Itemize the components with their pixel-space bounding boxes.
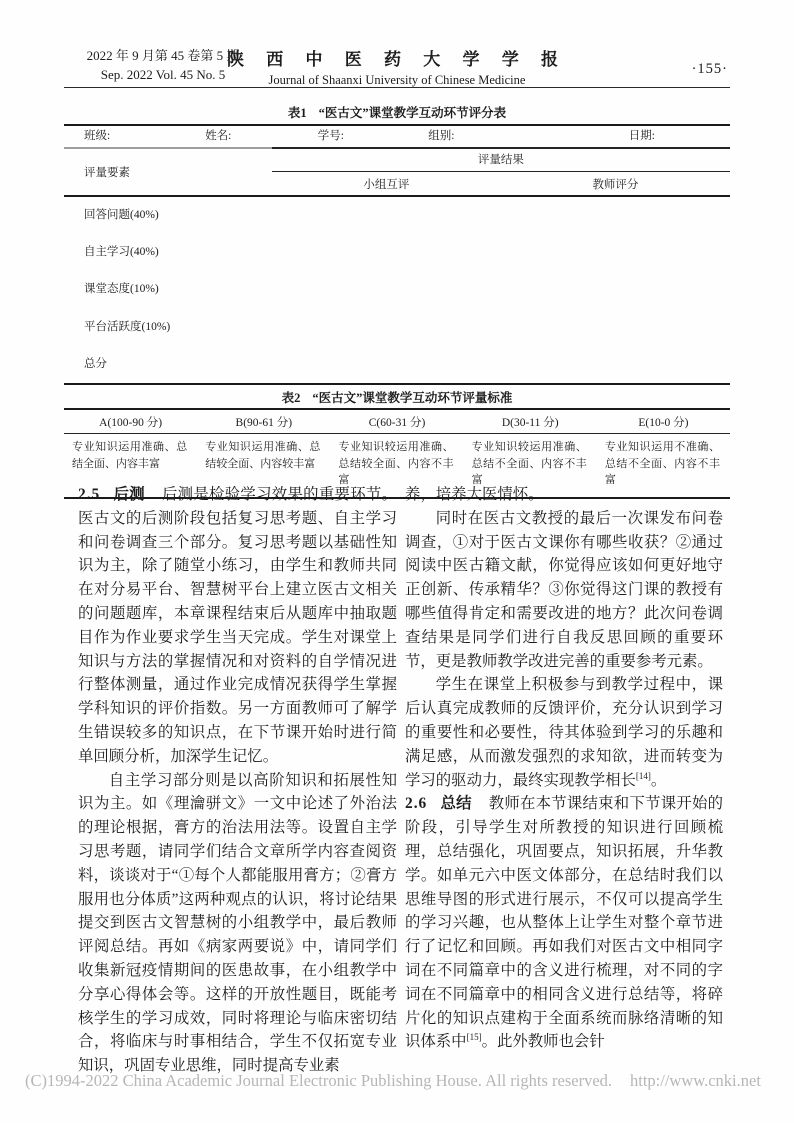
col-header-factor: 评量要素 <box>64 149 272 195</box>
section-title: 总结 <box>440 795 472 812</box>
table1-caption: 表1“医古文”课堂教学互动环节评分表 <box>0 103 794 121</box>
text-column-right: 养，培养大医情怀。 同时在医古文教授的最后一次课发布问卷调查，①对于医古文课你有… <box>405 483 723 1054</box>
paragraph: 自主学习部分则是以高阶知识和拓展性知识为主。如《理瀹骈文》一文中论述了外治法的理… <box>78 769 397 1078</box>
citation-ref-14: [14] <box>636 770 651 780</box>
paragraph-text: 。此外教师也会针 <box>482 1033 605 1050</box>
table2-caption-label: 表2 <box>282 391 301 405</box>
field-date: 日期: <box>629 126 655 147</box>
col-header-peer-score: 小组互评 <box>272 172 501 195</box>
grade-d-header: D(30-11 分) <box>464 414 597 430</box>
table2-caption: 表2“医古文”课堂教学互动环节评量标准 <box>0 388 794 406</box>
grade-c-header: C(60-31 分) <box>330 414 463 430</box>
cnki-watermark: (C)1994-2022 China Academic Journal Elec… <box>25 1071 761 1091</box>
col-header-result: 评量结果 <box>272 149 730 171</box>
field-name: 姓名: <box>205 126 231 147</box>
section-2-6-paragraph: 2.6总结教师在本节课结束和下节课开始的阶段，引导学生对所教授的知识进行回顾梳理… <box>405 792 723 1054</box>
table-row: 平台活跃度(10%) <box>64 309 730 346</box>
citation-ref-15: [15] <box>467 1032 482 1042</box>
cnki-url: http://www.cnki.net <box>630 1071 761 1090</box>
grade-b-header: B(90-61 分) <box>197 414 330 430</box>
table-row: 回答问题(40%) <box>64 197 730 234</box>
table-row: 自主学习(40%) <box>64 234 730 271</box>
criteria-table-header: A(100-90 分) B(90-61 分) C(60-31 分) D(30-1… <box>64 410 730 434</box>
grade-a-header: A(100-90 分) <box>64 414 197 430</box>
journal-title-en: Journal of Shaanxi University of Chinese… <box>200 73 594 88</box>
grade-e-header: E(10-0 分) <box>597 414 730 430</box>
section-2-5-paragraph: 2.5后测后测是检验学习效果的重要环节。医古文的后测阶段包括复习思考题、自主学习… <box>78 483 397 769</box>
col-header-teacher-score: 教师评分 <box>501 172 730 195</box>
table1-caption-label: 表1 <box>288 106 307 120</box>
paragraph-text: 学生在课堂上积极参与到教学过程中，课后认真完成教师的反馈评价，充分认识到学习的重… <box>405 676 723 788</box>
field-class: 班级: <box>84 126 110 147</box>
paragraph-text: 后测是检验学习效果的重要环节。医古文的后测阶段包括复习思考题、自主学习和问卷调查… <box>78 486 397 765</box>
header-rule <box>64 87 730 88</box>
journal-title-block: 陕 西 中 医 药 大 学 学 报 Journal of Shaanxi Uni… <box>200 45 594 88</box>
score-table-info-row: 班级: 姓名: 学号: 组别: 日期: <box>64 126 730 147</box>
paragraph: 学生在课堂上积极参与到教学过程中，课后认真完成教师的反馈评价，充分认识到学习的重… <box>405 673 723 792</box>
page-number: ·155· <box>692 61 728 78</box>
paragraph-continuation: 养，培养大医情怀。 <box>405 483 723 507</box>
field-group: 组别: <box>428 126 454 147</box>
score-table-header: 评量要素 评量结果 小组互评 教师评分 <box>64 149 730 195</box>
table1-caption-title: “医古文”课堂教学互动环节评分表 <box>319 106 507 120</box>
paragraph-text: 。 <box>651 772 666 789</box>
paragraph: 同时在医古文教授的最后一次课发布问卷调查，①对于医古文课你有哪些收获？②通过阅读… <box>405 507 723 674</box>
field-student-id: 学号: <box>318 126 344 147</box>
section-number: 2.6 <box>405 795 427 812</box>
score-table: 班级: 姓名: 学号: 组别: 日期: 评量要素 评量结果 小组互评 教师评分 … <box>64 124 730 385</box>
journal-page: 2022 年 9 月第 45 卷第 5 期 Sep. 2022 Vol. 45 … <box>0 0 794 1123</box>
table-row: 总分 <box>64 346 730 383</box>
copyright-text: (C)1994-2022 China Academic Journal Elec… <box>25 1071 612 1090</box>
section-number: 2.5 <box>78 486 100 503</box>
table-row: 课堂态度(10%) <box>64 271 730 308</box>
section-title: 后测 <box>113 486 145 503</box>
journal-title-cn: 陕 西 中 医 药 大 学 学 报 <box>200 45 594 70</box>
col-header-result-group: 评量结果 小组互评 教师评分 <box>272 149 730 195</box>
paragraph-text: 教师在本节课结束和下节课开始的阶段，引导学生对所教授的知识进行回顾梳理，总结强化… <box>405 795 723 1050</box>
table2-caption-title: “医古文”课堂教学互动环节评量标准 <box>312 391 512 405</box>
text-column-left: 2.5后测后测是检验学习效果的重要环节。医古文的后测阶段包括复习思考题、自主学习… <box>78 483 397 1078</box>
